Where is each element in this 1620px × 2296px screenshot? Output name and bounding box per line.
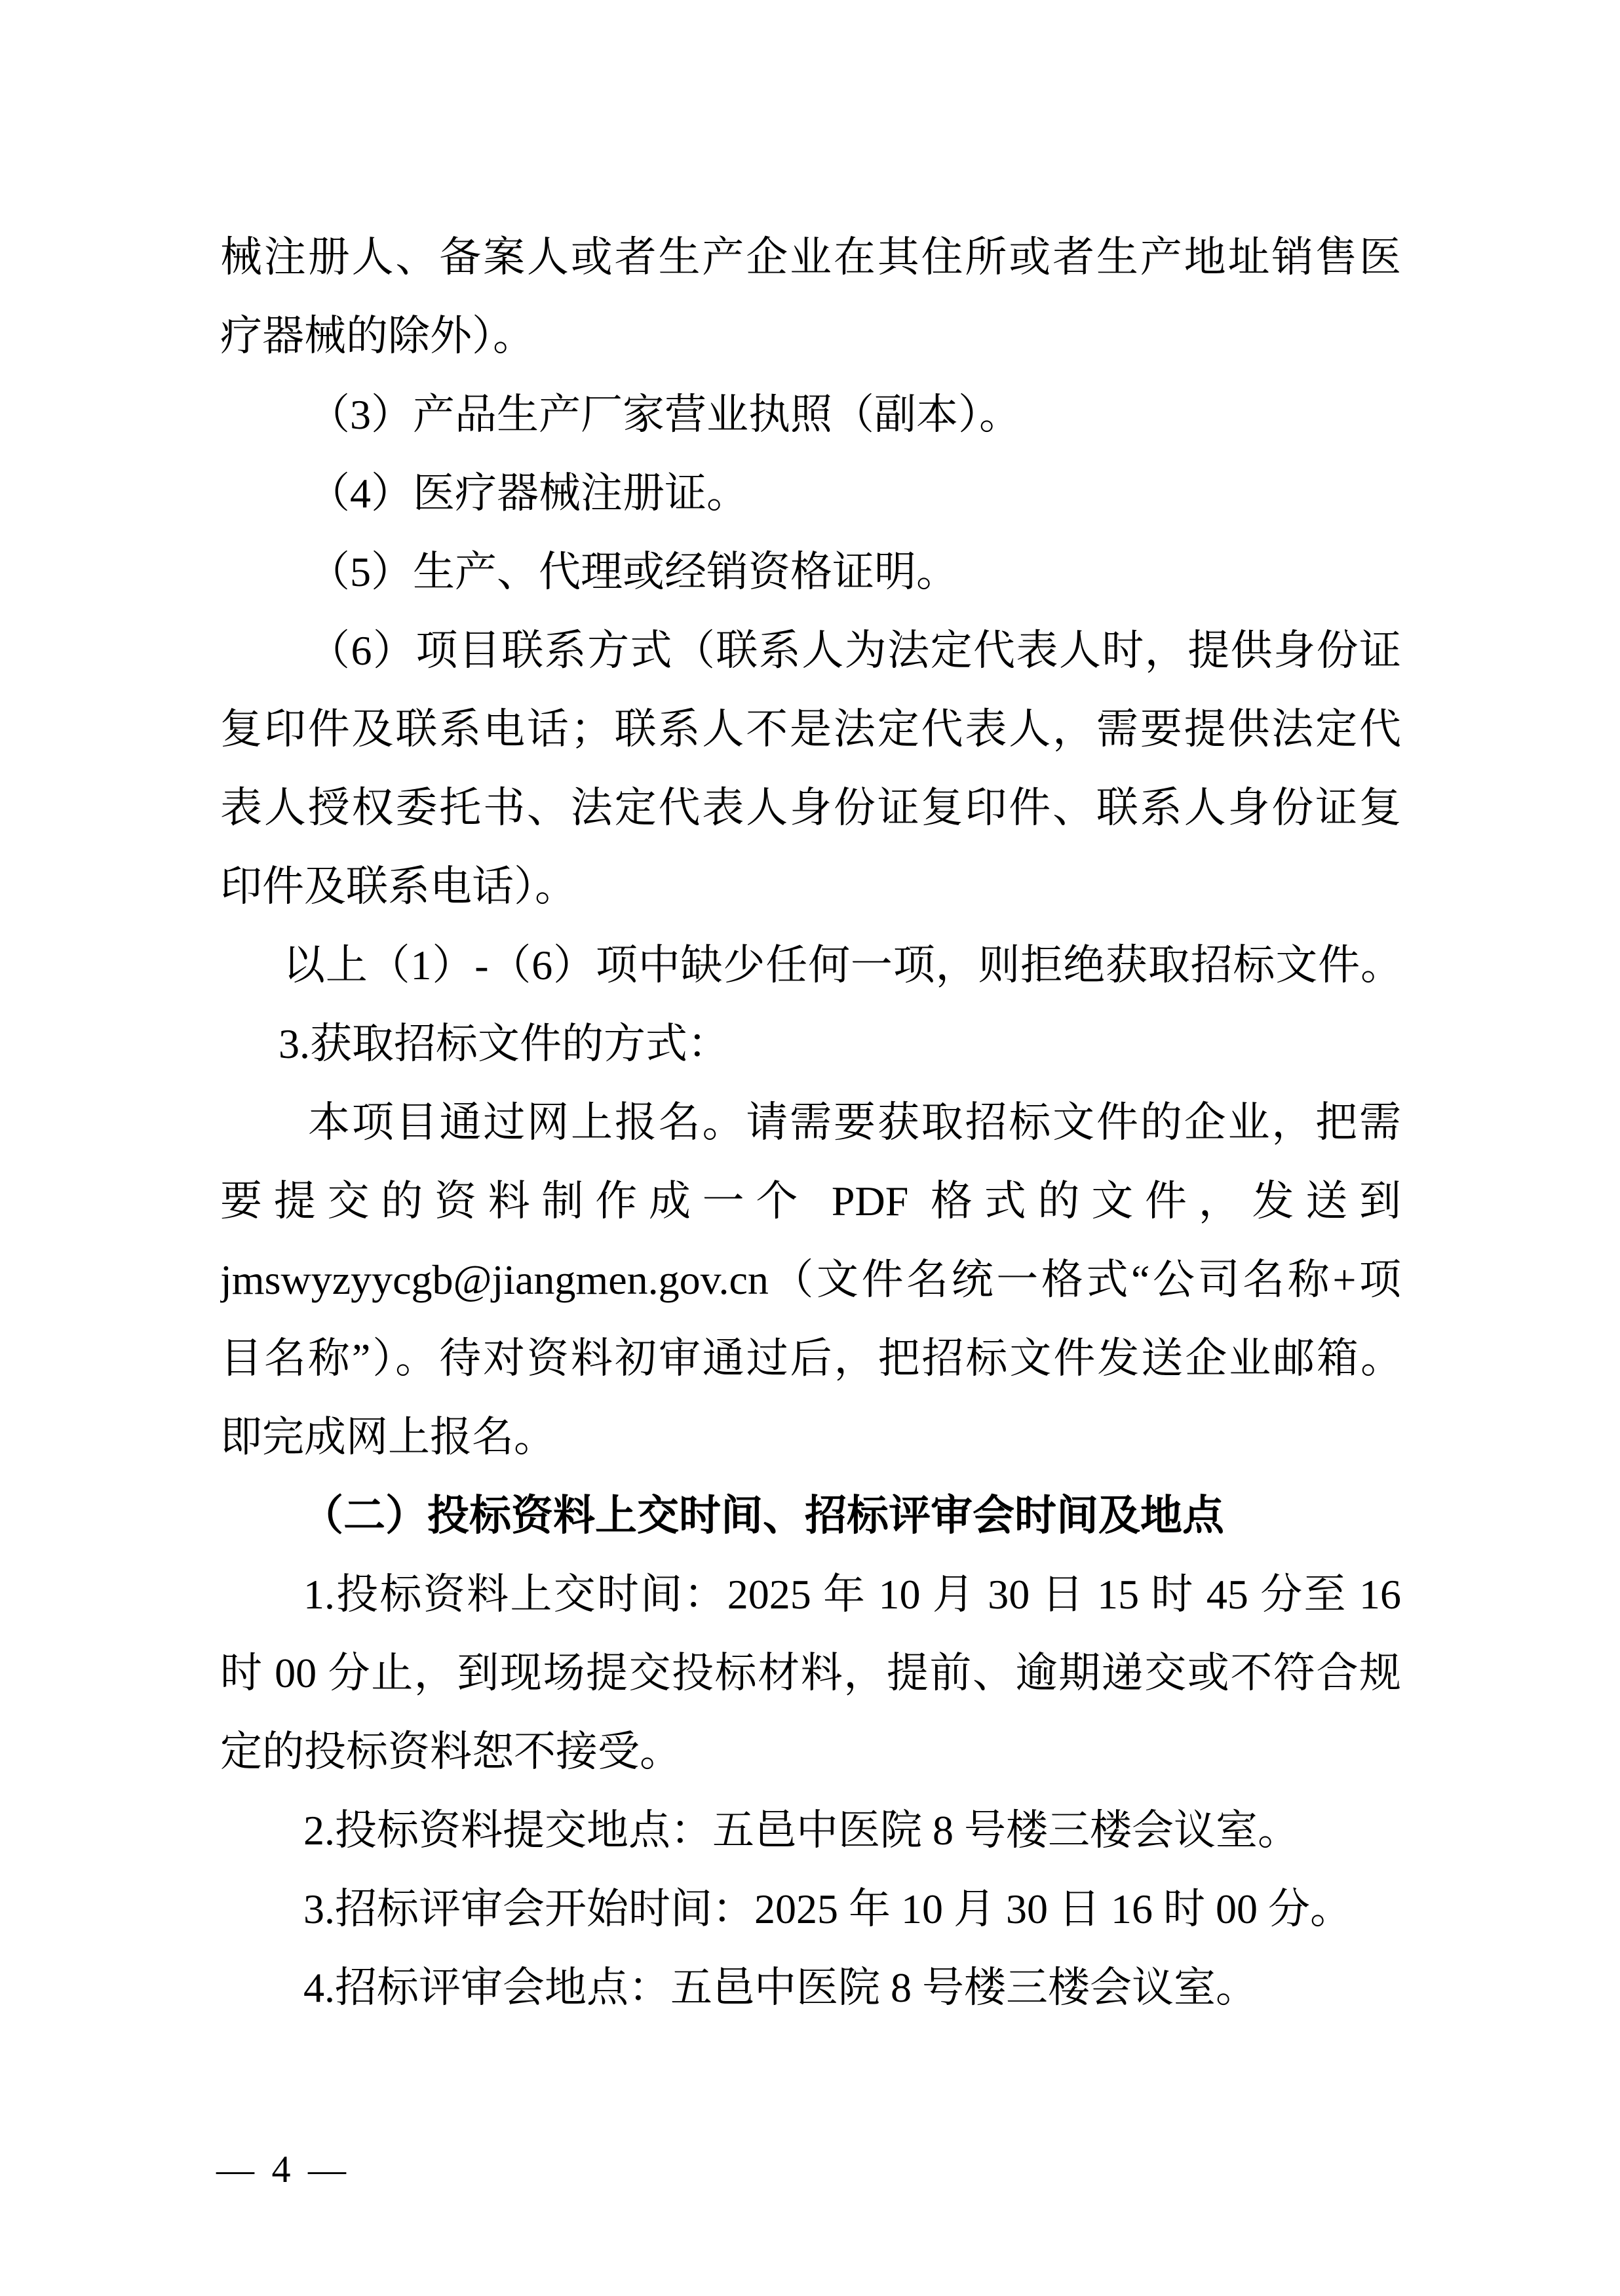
text-line: 2.投标资料提交地点：五邑中医院 8 号楼三楼会议室。 <box>220 1791 1401 1870</box>
text-line: 要提交的资料制作成一个 PDF 格式的文件，发送到 <box>220 1162 1401 1241</box>
text-line: 疗器械的除外）。 <box>220 297 1401 376</box>
text-line: （二）投标资料上交时间、招标评审会时间及地点 <box>220 1477 1401 1555</box>
text-line: 以上（1）-（6）项中缺少任何一项，则拒绝获取招标文件。 <box>220 926 1401 1005</box>
text-line: 表人授权委托书、法定代表人身份证复印件、联系人身份证复 <box>220 769 1401 847</box>
text-line: （5）生产、代理或经销资格证明。 <box>220 533 1401 612</box>
text-line: 1.投标资料上交时间：2025 年 10 月 30 日 15 时 45 分至 1… <box>220 1555 1401 1634</box>
document-page: 械注册人、备案人或者生产企业在其住所或者生产地址销售医疗器械的除外）。（3）产品… <box>0 0 1620 2296</box>
text-line: （6）项目联系方式（联系人为法定代表人时，提供身份证 <box>220 612 1401 690</box>
text-line: 即完成网上报名。 <box>220 1398 1401 1477</box>
text-line: 定的投标资料恕不接受。 <box>220 1713 1401 1791</box>
text-line: 目名称”）。待对资料初审通过后，把招标文件发送企业邮箱。 <box>220 1319 1401 1398</box>
text-line: （4）医疗器械注册证。 <box>220 454 1401 533</box>
text-line: jmswyzyycgb@jiangmen.gov.cn（文件名统一格式“公司名称… <box>220 1241 1401 1319</box>
text-line: （3）产品生产厂家营业执照（副本）。 <box>220 376 1401 454</box>
text-line: 印件及联系电话）。 <box>220 847 1401 926</box>
text-line: 时 00 分止，到现场提交投标材料，提前、逾期递交或不符合规 <box>220 1634 1401 1713</box>
text-line: 3.招标评审会开始时间：2025 年 10 月 30 日 16 时 00 分。 <box>220 1870 1401 1949</box>
text-line: 4.招标评审会地点：五邑中医院 8 号楼三楼会议室。 <box>220 1949 1401 2027</box>
page-number: — 4 — <box>216 2145 350 2194</box>
document-body: 械注册人、备案人或者生产企业在其住所或者生产地址销售医疗器械的除外）。（3）产品… <box>220 218 1401 2027</box>
text-line: 复印件及联系电话；联系人不是法定代表人，需要提供法定代 <box>220 690 1401 769</box>
text-line: 械注册人、备案人或者生产企业在其住所或者生产地址销售医 <box>220 218 1401 297</box>
text-line: 3.获取招标文件的方式： <box>220 1005 1401 1083</box>
text-line: 本项目通过网上报名。请需要获取招标文件的企业，把需 <box>220 1083 1401 1162</box>
